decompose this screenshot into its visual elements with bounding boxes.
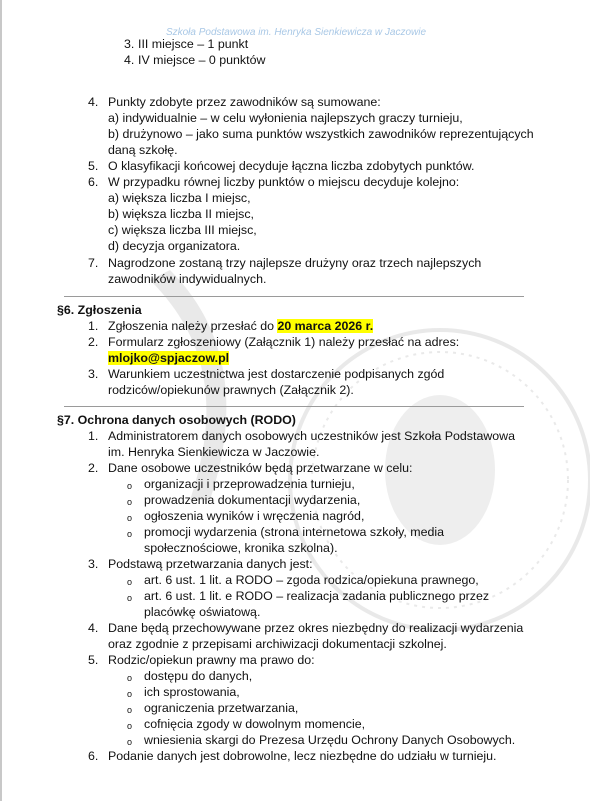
list-item-text: im. Henryka Sienkiewicza w Jaczowie. [108, 444, 319, 460]
sub-item: b) większa liczba II miejsc, [108, 206, 254, 222]
list-item-text: W przypadku równej liczby punktów o miej… [108, 174, 459, 190]
bullet-item: cofnięcia zgody w dowolnym momencie, [144, 716, 365, 732]
page-left-edge [0, 0, 2, 801]
list-item-text: Dane osobowe uczestników będą przetwarza… [108, 460, 412, 476]
list-item-text: Podstawą przetwarzania danych jest: [108, 556, 313, 572]
bullet-item: art. 6 ust. 1 lit. e RODO – realizacja z… [144, 588, 489, 604]
document-header: Szkoła Podstawowa im. Henryka Sienkiewic… [0, 27, 592, 38]
bullet-item: organizacji i przeprowadzenia turnieju, [144, 476, 355, 492]
bullet-icon: o [127, 670, 132, 686]
bullet-item: ogłoszenia wyników i wręczenia nagród, [144, 508, 364, 524]
list-number: 2. [88, 460, 98, 476]
bullet-item: art. 6 ust. 1 lit. a RODO – zgoda rodzic… [144, 572, 479, 588]
section-divider [64, 296, 524, 297]
bullet-item: ich sprostowania, [144, 684, 240, 700]
bullet-icon: o [127, 590, 132, 606]
bullet-item-continuation: placówkę oświatową. [144, 604, 260, 620]
list-item-text: Nagrodzone zostaną trzy najlepsze drużyn… [108, 255, 481, 271]
bullet-item: promocji wydarzenia (strona internetowa … [144, 524, 444, 540]
sub-item: a) większa liczba I miejsc, [108, 190, 251, 206]
list-number: 2. [88, 334, 98, 350]
list-item-text: Punkty zdobyte przez zawodników są sumow… [108, 94, 381, 110]
deadline-highlight: 20 marca 2026 r. [277, 319, 373, 333]
section-heading: §7. Ochrona danych osobowych (RODO) [57, 412, 296, 428]
list-item-text: O klasyfikacji końcowej decyduje łączna … [108, 158, 474, 174]
bullet-item: prowadzenia dokumentacji wydarzenia, [144, 492, 360, 508]
list-item-text: Rodzic/opiekun prawny ma prawo do: [108, 652, 315, 668]
list-number: 4. [88, 620, 98, 636]
list-number: 1. [88, 318, 98, 334]
sub-item: daną szkołę. [108, 142, 178, 158]
list-number: 3. [88, 556, 98, 572]
list-item-text: Warunkiem uczestnictwa jest dostarczenie… [108, 366, 444, 382]
bullet-item: ograniczenia przetwarzania, [144, 700, 298, 716]
list-number: 7. [88, 255, 98, 271]
list-item-text: zawodników indywidualnych. [108, 271, 266, 287]
list-item: 3. III miejsce – 1 punkt [124, 36, 248, 52]
list-number: 6. [88, 748, 98, 764]
sub-item: a) indywidualnie – w celu wyłonienia naj… [108, 110, 463, 126]
sub-item: d) decyzja organizatora. [108, 238, 240, 254]
list-item-text: oraz zgodnie z przepisami archiwizacji d… [108, 636, 447, 652]
section-divider [64, 406, 524, 407]
bullet-item: wniesienia skargi do Prezesa Urzędu Ochr… [144, 732, 515, 748]
list-item-text: Zgłoszenia należy przesłać do 20 marca 2… [108, 318, 373, 334]
section-heading: §6. Zgłoszenia [57, 302, 142, 318]
bullet-icon: o [127, 494, 132, 510]
sub-item: c) większa liczba III miejsc, [108, 222, 257, 238]
list-item-text: Dane będą przechowywane przez okres niez… [108, 620, 523, 636]
bullet-icon: o [127, 574, 132, 590]
bullet-icon: o [127, 702, 132, 718]
bullet-icon: o [127, 526, 132, 542]
bullet-item-continuation: społecznościowe, kronika szkolna). [144, 540, 338, 556]
list-number: 3. [88, 366, 98, 382]
list-item-text: Formularz zgłoszeniowy (Załącznik 1) nal… [108, 334, 459, 350]
bullet-icon: o [127, 478, 132, 494]
bullet-item: dostępu do danych, [144, 668, 252, 684]
list-item-text: Administratorem danych osobowych uczestn… [108, 428, 515, 444]
list-number: 1. [88, 428, 98, 444]
list-item-text: Podanie danych jest dobrowolne, lecz nie… [108, 748, 497, 764]
bullet-icon: o [127, 510, 132, 526]
list-item: 4. IV miejsce – 0 punktów [124, 52, 265, 68]
email-link[interactable]: mlojko@spjaczow.pl [108, 351, 229, 365]
list-number: 5. [88, 158, 98, 174]
bullet-icon: o [127, 686, 132, 702]
list-item: 4. [88, 94, 98, 110]
list-item-text: rodziców/opiekunów prawnych (Załącznik 2… [108, 382, 354, 398]
bullet-icon: o [127, 718, 132, 734]
list-number: 6. [88, 174, 98, 190]
sub-item: b) drużynowo – jako suma punktów wszystk… [108, 126, 534, 142]
list-number: 5. [88, 652, 98, 668]
